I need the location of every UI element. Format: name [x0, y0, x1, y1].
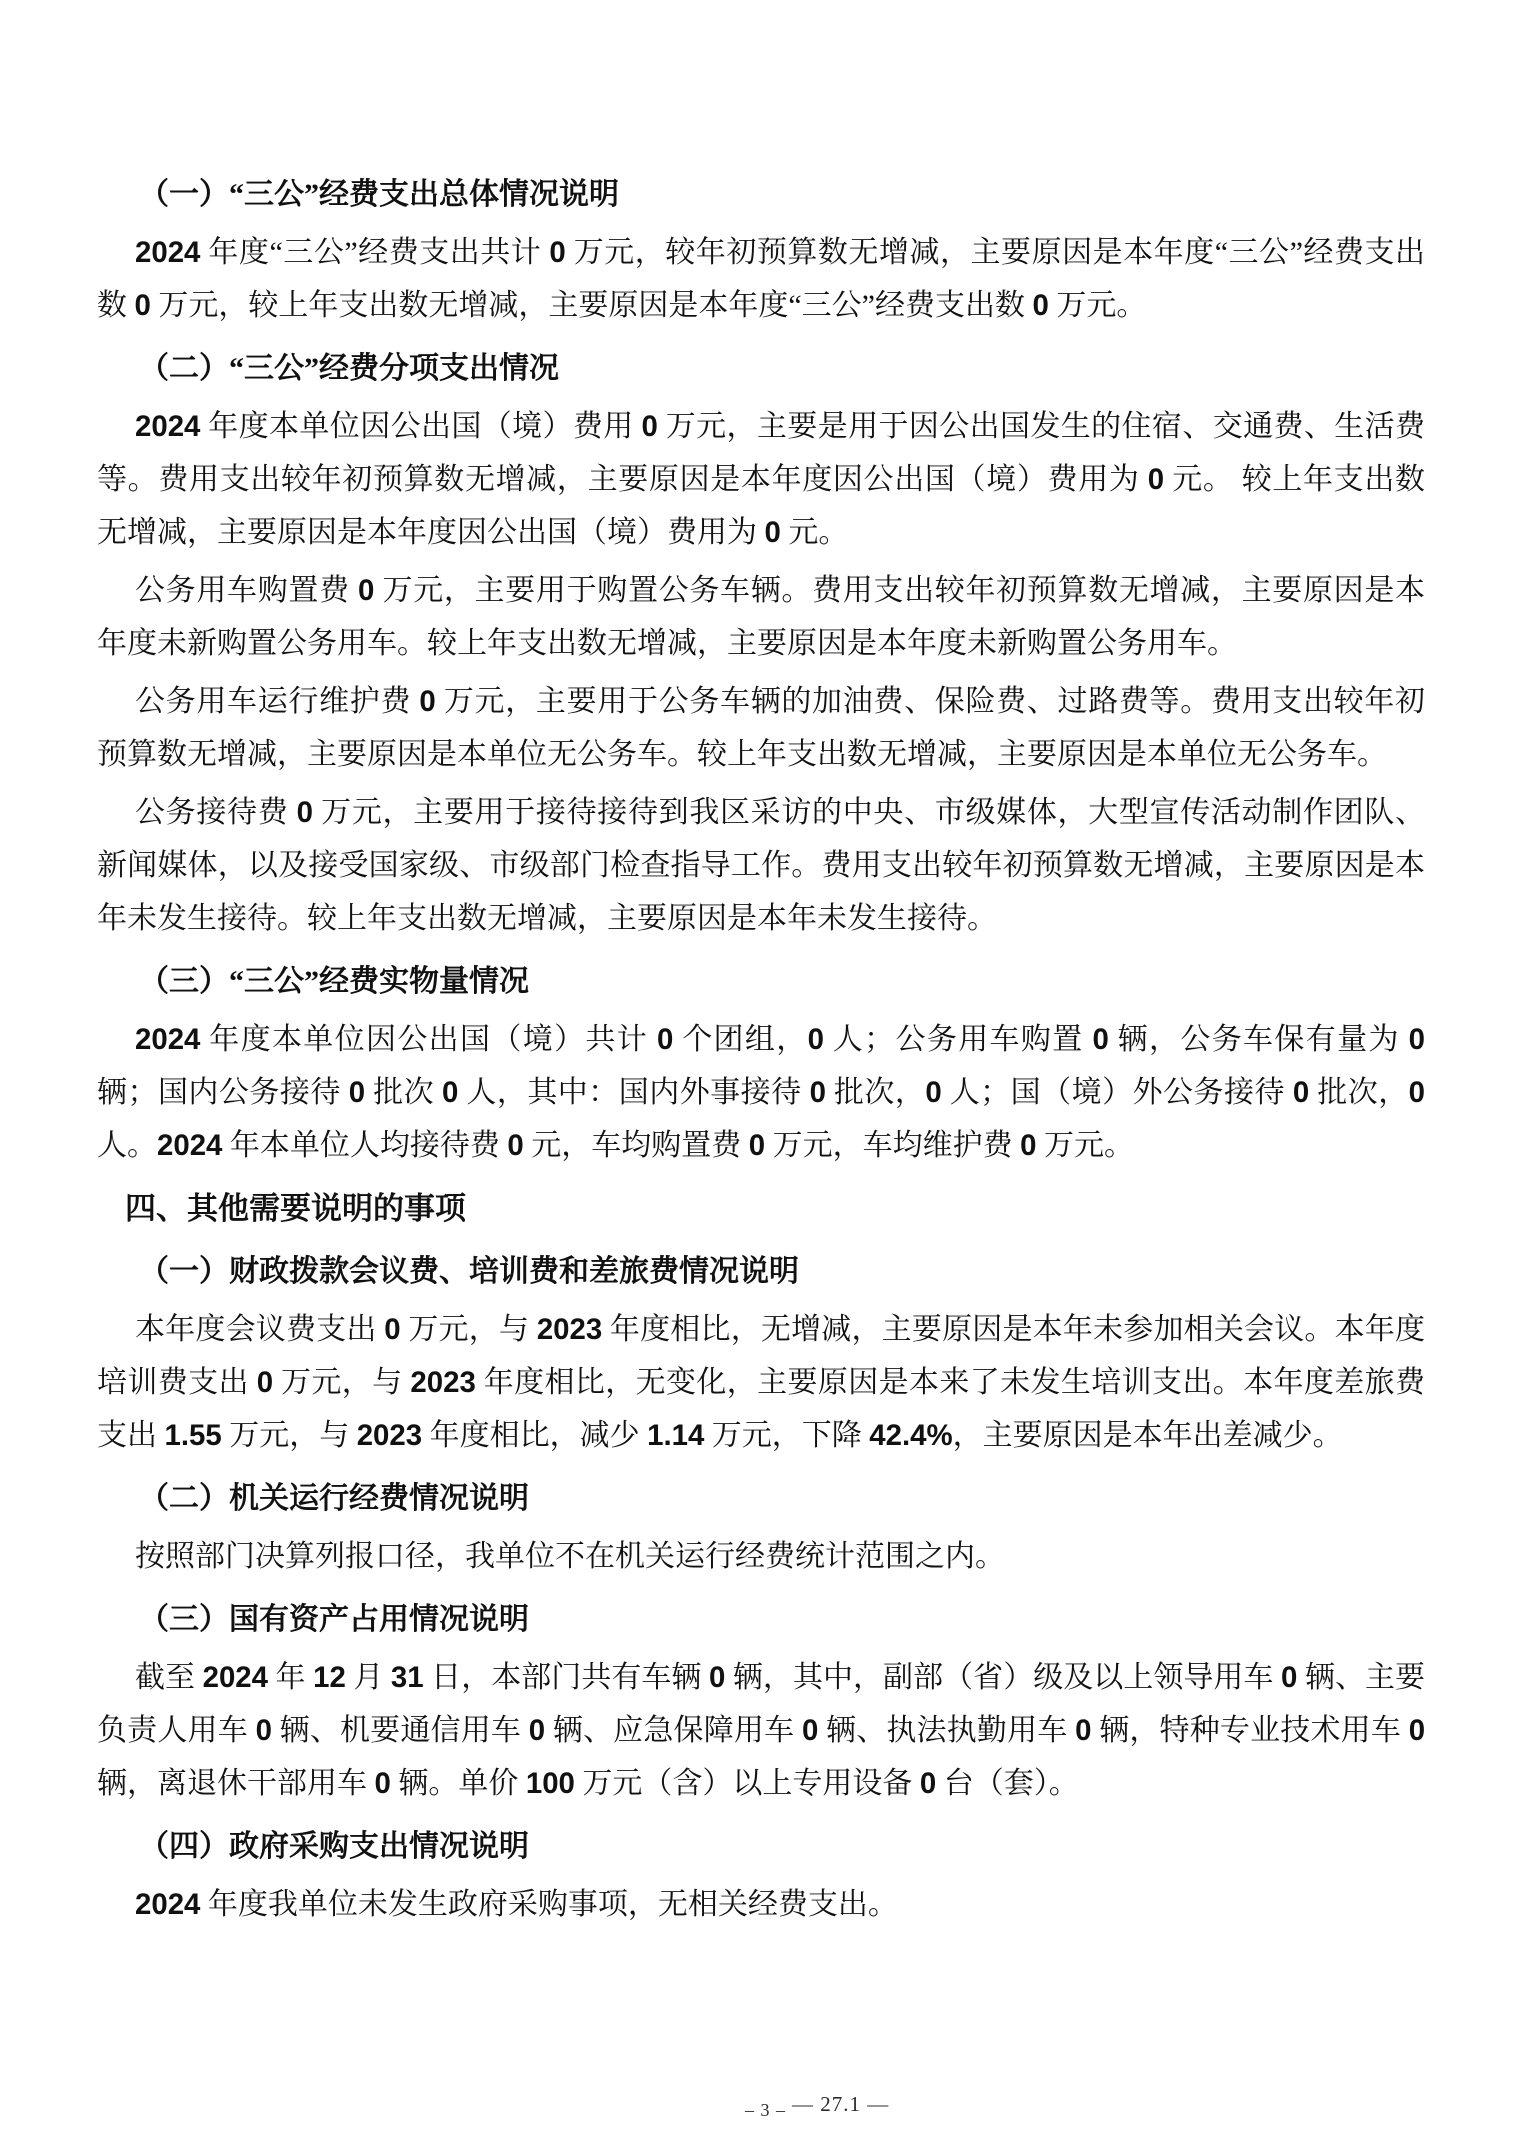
para-official-reception-expense: 公务接待费 0 万元，主要用于接待接待到我区采访的中央、市级媒体，大型宣传活动制… — [97, 786, 1425, 945]
para-gov-procurement: 2024 年度我单位未发生政府采购事项，无相关经费支出。 — [97, 1878, 1425, 1931]
page-number-secondary: — 27.1 — — [792, 2092, 889, 2116]
heading-agency-operating-funds: （二）机关运行经费情况说明 — [97, 1472, 1425, 1525]
para-state-assets-occupancy: 截至 2024 年 12 月 31 日，本部门共有车辆 0 辆，其中，副部（省）… — [97, 1651, 1425, 1810]
para-vehicle-purchase-expense: 公务用车购置费 0 万元，主要用于购置公务车辆。费用支出较年初预算数无增减，主要… — [97, 564, 1425, 670]
document-body: （一）“三公”经费支出总体情况说明 2024 年度“三公”经费支出共计 0 万元… — [97, 168, 1425, 1931]
document-page: （一）“三公”经费支出总体情况说明 2024 年度“三公”经费支出共计 0 万元… — [0, 0, 1520, 2149]
para-overseas-trips-expense: 2024 年度本单位因公出国（境）费用 0 万元，主要是用于因公出国发生的住宿、… — [97, 400, 1425, 559]
heading-state-assets-occupancy: （三）国有资产占用情况说明 — [97, 1593, 1425, 1646]
heading-sangong-itemized: （二）“三公”经费分项支出情况 — [97, 342, 1425, 395]
para-vehicle-maintenance-expense: 公务用车运行维护费 0 万元，主要用于公务车辆的加油费、保险费、过路费等。费用支… — [97, 675, 1425, 781]
para-sangong-physical-quantity: 2024 年度本单位因公出国（境）共计 0 个团组，0 人；公务用车购置 0 辆… — [97, 1013, 1425, 1172]
heading-sangong-physical-quantity: （三）“三公”经费实物量情况 — [97, 955, 1425, 1008]
para-agency-operating-funds: 按照部门决算列报口径，我单位不在机关运行经费统计范围之内。 — [97, 1530, 1425, 1583]
page-number: – 3 – — [745, 2100, 786, 2120]
page-footer: – 3 – — 27.1 — — [745, 2092, 889, 2117]
para-sangong-total-overview: 2024 年度“三公”经费支出共计 0 万元，较年初预算数无增减，主要原因是本年… — [97, 226, 1425, 332]
para-meeting-training-travel: 本年度会议费支出 0 万元，与 2023 年度相比，无增减，主要原因是本年未参加… — [97, 1303, 1425, 1462]
heading-meeting-training-travel: （一）财政拨款会议费、培训费和差旅费情况说明 — [97, 1245, 1425, 1298]
section-heading-other-matters: 四、其他需要说明的事项 — [97, 1182, 1425, 1235]
heading-sangong-total-overview: （一）“三公”经费支出总体情况说明 — [97, 168, 1425, 221]
heading-gov-procurement: （四）政府采购支出情况说明 — [97, 1820, 1425, 1873]
